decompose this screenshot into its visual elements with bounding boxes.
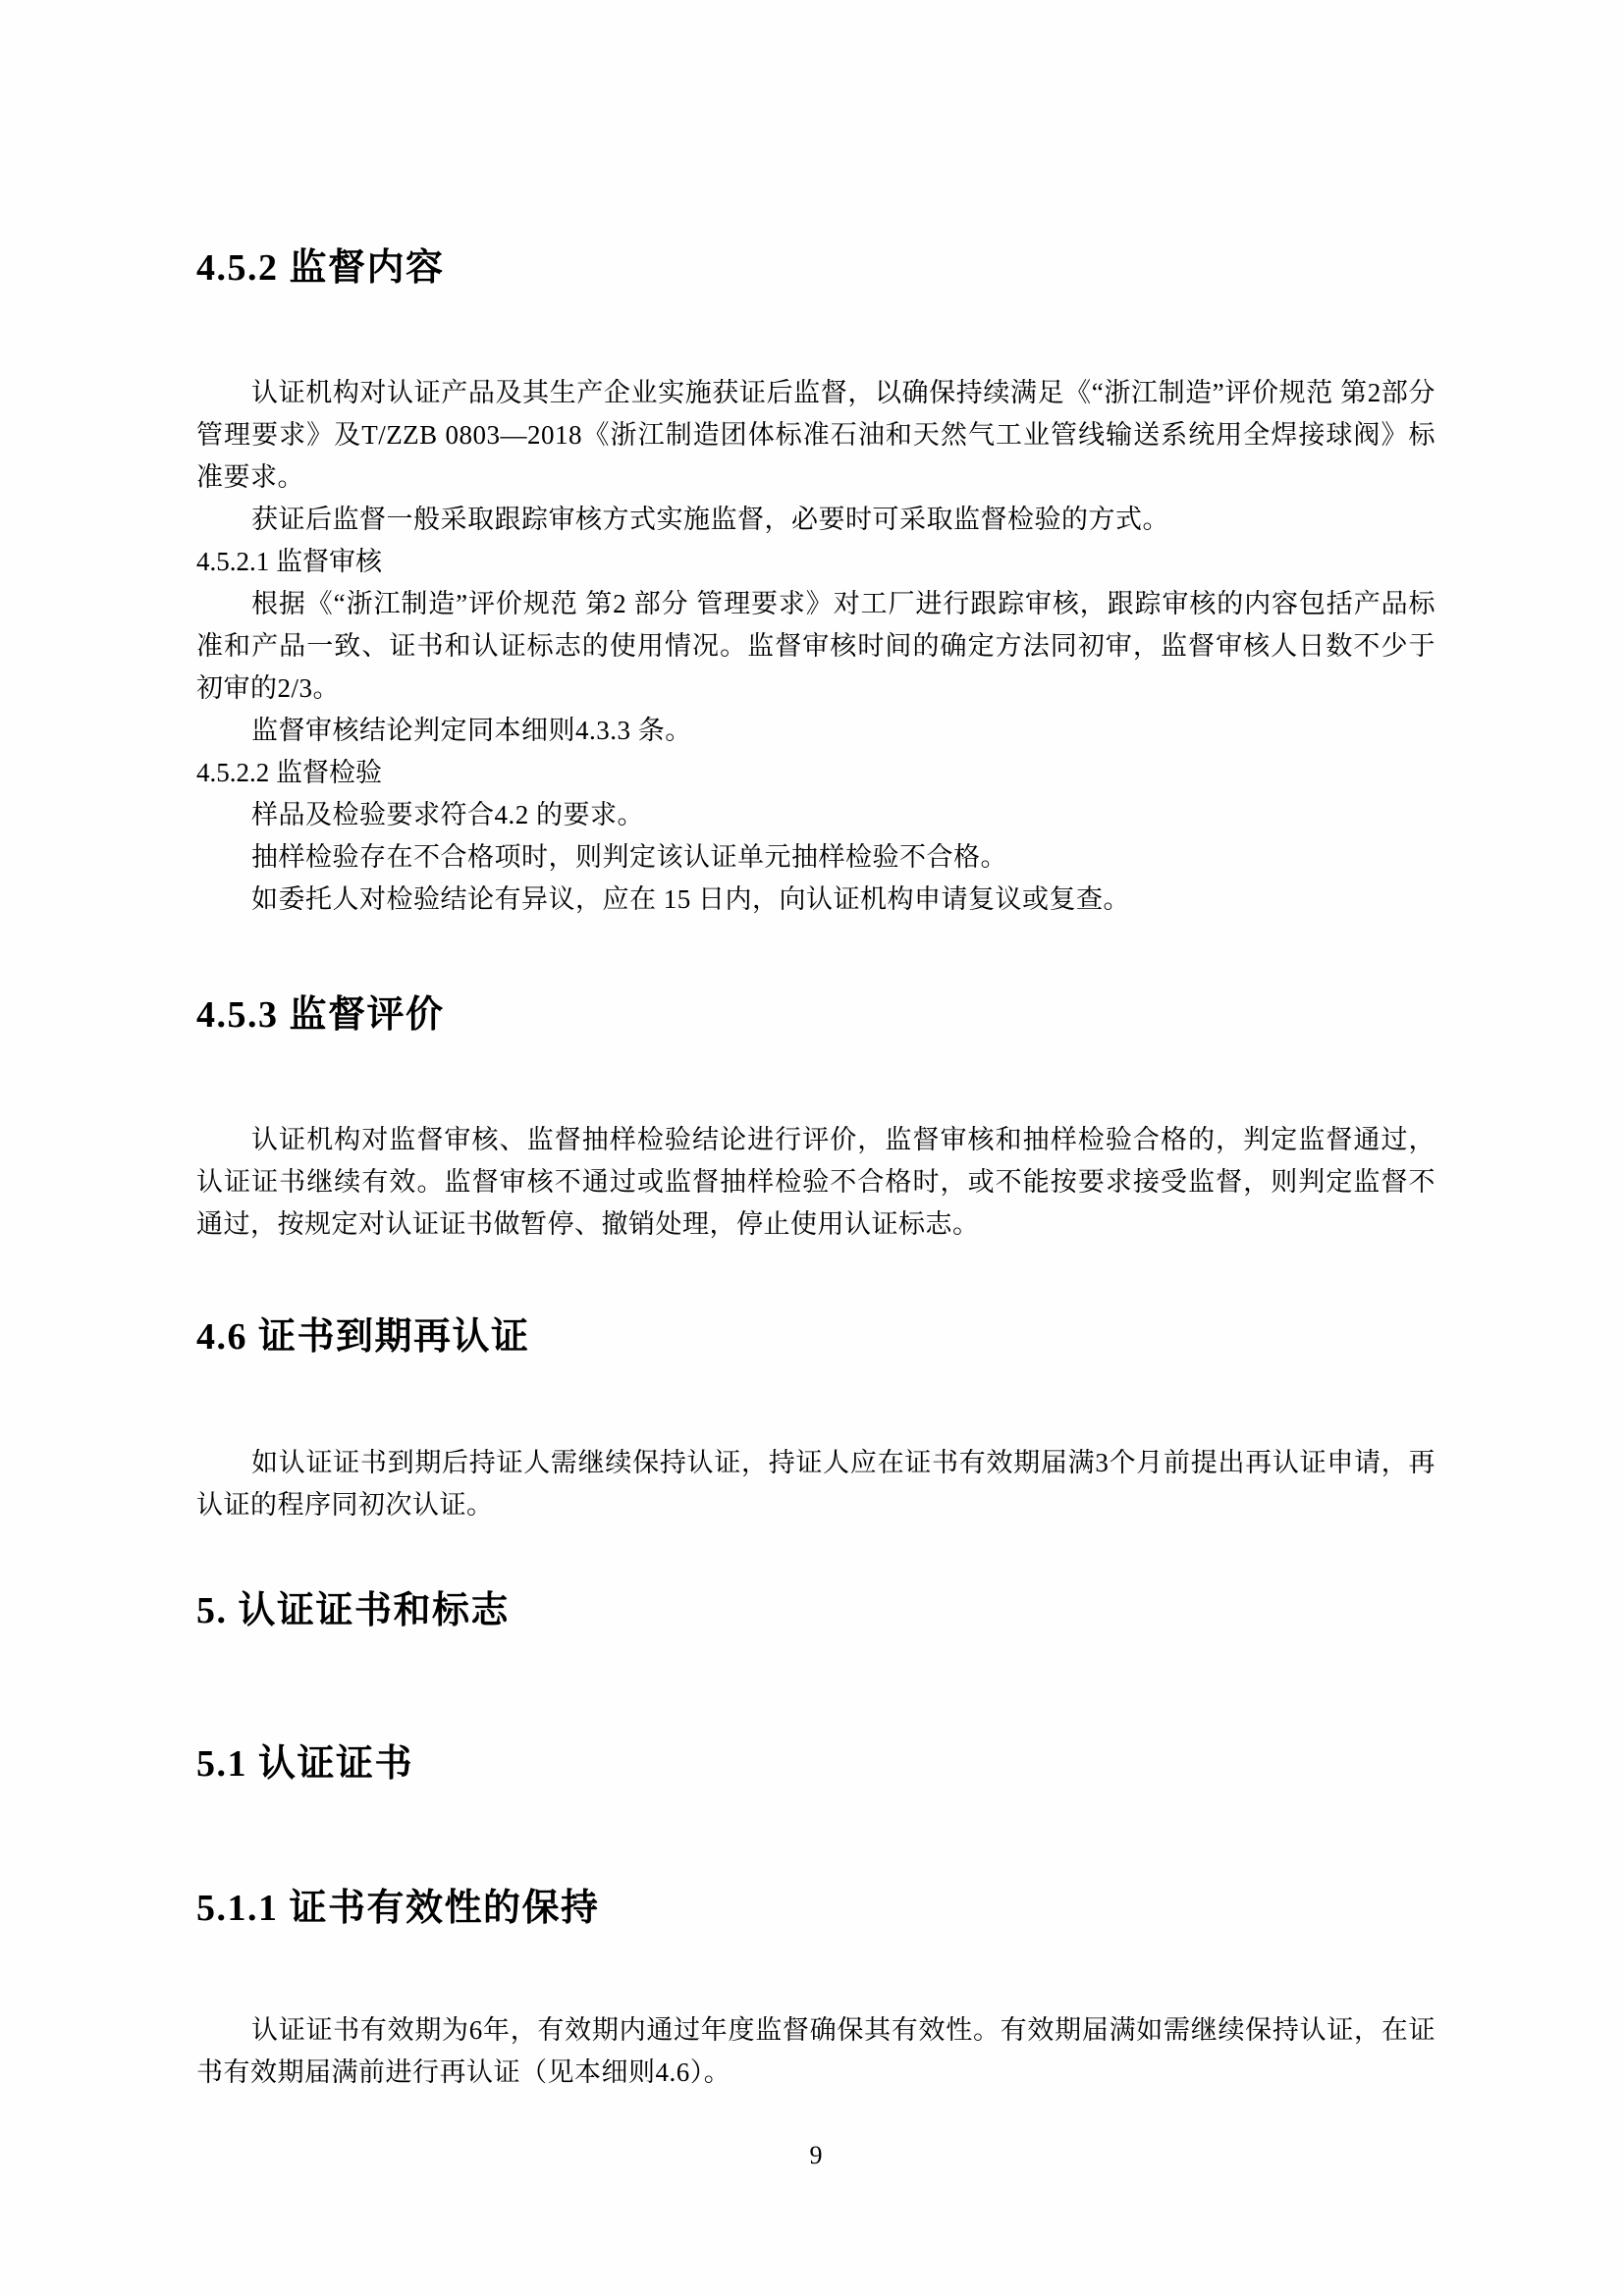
paragraph-audit-basis: 根据《“浙江制造”评价规范 第2 部分 管理要求》对工厂进行跟踪审核，跟踪审核的…: [196, 583, 1435, 710]
heading-5-certificate-and-mark: 5. 认证证书和标志: [196, 1587, 1435, 1634]
paragraph-supervision-method: 获证后监督一般采取跟踪审核方式实施监督，必要时可采取监督检验的方式。: [196, 499, 1435, 541]
document-page: 4.5.2 监督内容 认证机构对认证产品及其生产企业实施获证后监督，以确保持续满…: [0, 0, 1624, 2296]
paragraph-sampling-failure: 抽样检验存在不合格项时，则判定该认证单元抽样检验不合格。: [196, 836, 1435, 879]
paragraph-audit-conclusion: 监督审核结论判定同本细则4.3.3 条。: [196, 710, 1435, 752]
heading-5-1-1-certificate-validity: 5.1.1 证书有效性的保持: [196, 1885, 1435, 1932]
paragraph-sample-requirements: 样品及检验要求符合4.2 的要求。: [196, 794, 1435, 836]
heading-5-1-certificate: 5.1 认证证书: [196, 1740, 1435, 1788]
heading-4-6-recertification: 4.6 证书到期再认证: [196, 1313, 1435, 1361]
subheading-4-5-2-1-supervision-audit: 4.5.2.1 监督审核: [196, 541, 1435, 583]
page-number: 9: [196, 2134, 1435, 2176]
heading-4-5-3-supervision-evaluation: 4.5.3 监督评价: [196, 991, 1435, 1039]
paragraph-supervision-intro: 认证机构对认证产品及其生产企业实施获证后监督，以确保持续满足《“浙江制造”评价规…: [196, 372, 1435, 499]
paragraph-evaluation: 认证机构对监督审核、监督抽样检验结论进行评价，监督审核和抽样检验合格的，判定监督…: [196, 1119, 1435, 1246]
subheading-4-5-2-2-supervision-inspection: 4.5.2.2 监督检验: [196, 752, 1435, 794]
paragraph-recertification: 如认证证书到期后持证人需继续保持认证，持证人应在证书有效期届满3个月前提出再认证…: [196, 1442, 1435, 1526]
paragraph-certificate-validity: 认证证书有效期为6年，有效期内通过年度监督确保其有效性。有效期届满如需继续保持认…: [196, 2009, 1435, 2094]
heading-4-5-2-supervision-content: 4.5.2 监督内容: [196, 244, 1435, 292]
paragraph-objection-period: 如委托人对检验结论有异议，应在 15 日内，向认证机构申请复议或复查。: [196, 879, 1435, 921]
